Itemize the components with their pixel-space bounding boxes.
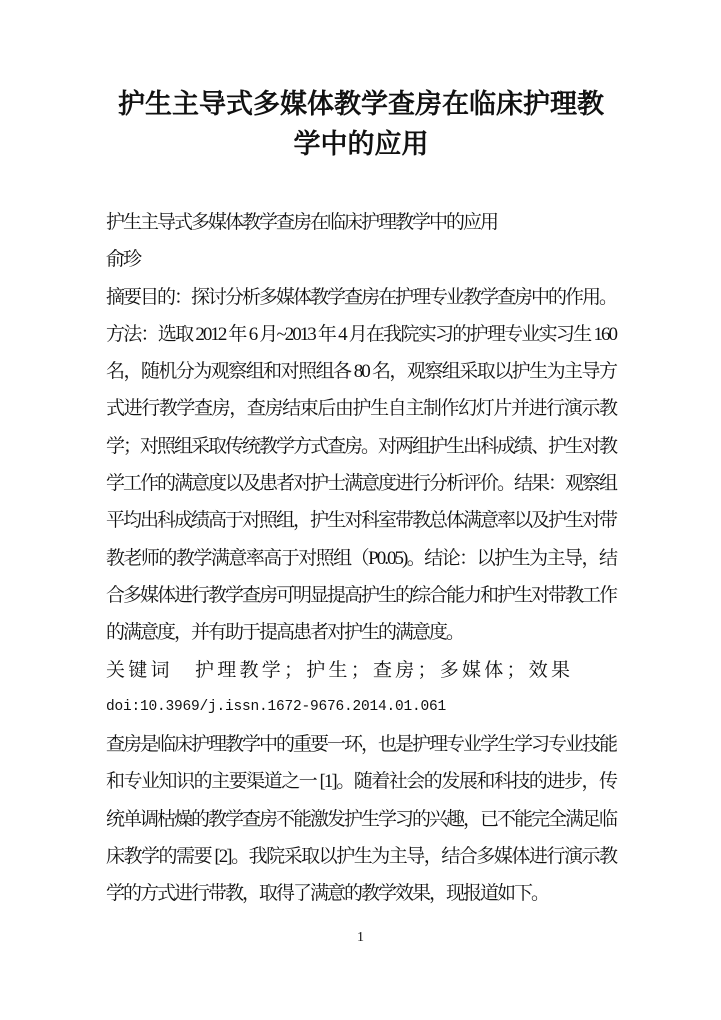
doi-line: doi:10.3969/j.issn.1672-9676.2014.01.061 (106, 689, 616, 726)
author-name: 俞珍 (106, 241, 616, 278)
intro-paragraph: 查房是临床护理教学中的重要一环，也是护理专业学生学习专业技能和专业知识的主要渠道… (106, 726, 616, 912)
abstract-paragraph: 摘要目的：探讨分析多媒体教学查房在护理专业教学查房中的作用。方法：选取 2012… (106, 279, 616, 652)
page-content: 护生主导式多媒体教学查房在临床护理教学中的应用 护生主导式多媒体教学查房在临床护… (106, 84, 616, 913)
article-title-inline: 护生主导式多媒体教学查房在临床护理教学中的应用 (106, 204, 616, 241)
document-page: 护生主导式多媒体教学查房在临床护理教学中的应用 护生主导式多媒体教学查房在临床护… (0, 0, 721, 1020)
keywords-line: 关键词 护理教学；护生；查房；多媒体；效果 (106, 652, 570, 689)
article-title: 护生主导式多媒体教学查房在临床护理教学中的应用 (106, 84, 616, 164)
page-number: 1 (0, 930, 721, 946)
